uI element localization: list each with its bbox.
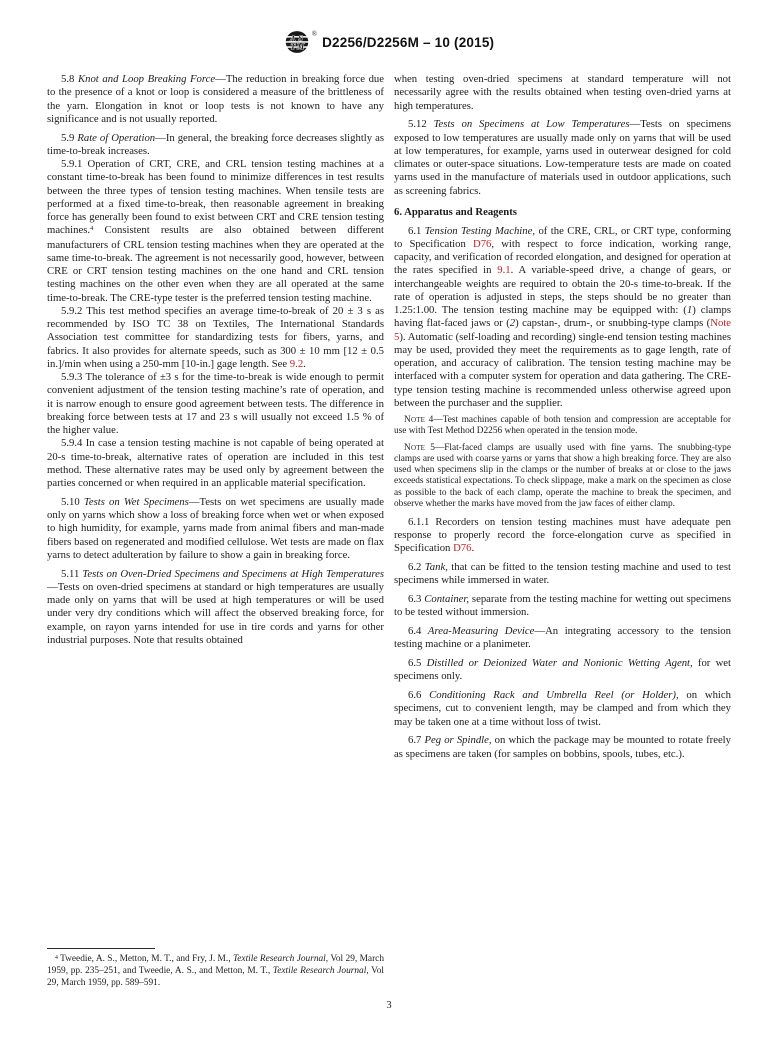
footnote-block: 4 Tweedie, A. S., Metton, M. T., and Fry…	[47, 942, 384, 989]
text-run: Tests on Wet Specimens	[84, 496, 189, 508]
text-run: ). Automatic (self-loading and recording…	[394, 331, 731, 409]
text-run: Conditioning Rack and Umbrella Reel (or …	[429, 689, 679, 701]
left-column: 5.8 Knot and Loop Breaking Force—The red…	[47, 73, 384, 989]
text-run: Container,	[424, 593, 469, 605]
text-run: Area-Measuring Device	[428, 625, 534, 637]
text-run: Note	[404, 415, 425, 425]
clause-6-4: 6.4 Area-Measuring Device—An integrating…	[394, 625, 731, 652]
astm-logo-icon: A S T M	[284, 30, 311, 54]
text-run: .	[303, 358, 306, 370]
clause-5-9-1: 5.9.1 Operation of CRT, CRE, and CRL ten…	[47, 158, 384, 305]
page-number: 3	[386, 1000, 391, 1011]
clause-5-10: 5.10 Tests on Wet Specimens—Tests on wet…	[47, 496, 384, 562]
clause-5-11: 5.11 Tests on Oven-Dried Specimens and S…	[47, 568, 384, 648]
text-run: Tension Testing Machine,	[425, 225, 535, 237]
clause-5-11-continuation: when testing oven-dried specimens at sta…	[394, 73, 731, 113]
text-run: 5.9.3 The tolerance of ±3 s for the time…	[47, 371, 384, 436]
text-run: Tests on Specimens at Low Temperatures	[434, 118, 630, 130]
text-run: 5.10	[61, 496, 84, 508]
right-column-text: when testing oven-dried specimens at sta…	[394, 73, 731, 761]
text-run: 5.12	[408, 118, 434, 130]
text-run: Tank,	[425, 561, 448, 573]
page-header: A S T M ® D2256/D2256M – 10 (2015)	[0, 30, 778, 54]
text-run: 6. Apparatus and Reagents	[394, 206, 517, 218]
two-column-body: 5.8 Knot and Loop Breaking Force—The red…	[47, 73, 731, 989]
clause-6-3: 6.3 Container, separate from the testing…	[394, 593, 731, 620]
text-run: Textile Research Journal	[273, 966, 366, 976]
text-run: Rate of Operation	[77, 132, 155, 144]
text-run: Peg or Spindle,	[424, 734, 491, 746]
registered-mark: ®	[312, 30, 317, 38]
text-run: ) capstan-, drum-, or snubbing-type clam…	[515, 317, 710, 329]
clause-6-1-1: 6.1.1 Recorders on tension testing machi…	[394, 516, 731, 556]
right-column: when testing oven-dried specimens at sta…	[394, 73, 731, 989]
text-run: 6.7	[408, 734, 424, 746]
text-run: 6.5	[408, 657, 427, 669]
text-run: .	[471, 542, 474, 554]
text-run: 5.9.2 This test method specifies an aver…	[47, 305, 384, 370]
clause-6-5: 6.5 Distilled or Deionized Water and Non…	[394, 657, 731, 684]
text-run: Textile Research Journal	[233, 954, 326, 964]
text-run: 6.1.1 Recorders on tension testing machi…	[394, 516, 731, 555]
clause-6-2: 6.2 Tank, that can be fitted to the tens…	[394, 561, 731, 588]
text-run: 5.8	[61, 73, 78, 85]
footnote-separator	[47, 948, 155, 949]
clause-5-9-3: 5.9.3 The tolerance of ±3 s for the time…	[47, 371, 384, 437]
text-run: 4	[55, 955, 58, 961]
svg-text:M: M	[296, 42, 305, 51]
clause-6-7: 6.7 Peg or Spindle, on which the package…	[394, 734, 731, 761]
text-run: 6.4	[408, 625, 428, 637]
text-run: 5.9.4 In case a tension testing machine …	[47, 437, 384, 489]
standard-designation: D2256/D2256M – 10 (2015)	[322, 35, 494, 50]
clause-6-1: 6.1 Tension Testing Machine, of the CRE,…	[394, 225, 731, 411]
text-run: 5.11	[61, 568, 82, 580]
footnote-text: 4 Tweedie, A. S., Metton, M. T., and Fry…	[47, 954, 384, 989]
text-run: Distilled or Deionized Water and Nonioni…	[427, 657, 693, 669]
reference-link[interactable]: 9.1	[497, 264, 510, 276]
text-run: 4—Test machines capable of both tension …	[394, 415, 731, 436]
text-run: Note	[404, 443, 425, 453]
clause-5-12: 5.12 Tests on Specimens at Low Temperatu…	[394, 118, 731, 198]
clause-5-9-2: 5.9.2 This test method specifies an aver…	[47, 305, 384, 371]
text-run: Tweedie, A. S., Metton, M. T., and Fry, …	[58, 954, 233, 964]
clause-5-8: 5.8 Knot and Loop Breaking Force—The red…	[47, 73, 384, 126]
text-run: Knot and Loop Breaking Force	[78, 73, 215, 85]
text-run: Consistent results are also obtained bet…	[47, 224, 384, 303]
heading-6: 6. Apparatus and Reagents	[394, 206, 731, 219]
document-page: A S T M ® D2256/D2256M – 10 (2015) 5.8 K…	[0, 0, 778, 1041]
note-4: Note 4—Test machines capable of both ten…	[394, 415, 731, 438]
text-run: —Tests on oven-dried specimens at standa…	[47, 581, 384, 646]
text-run: 4	[90, 225, 93, 232]
clause-6-6: 6.6 Conditioning Rack and Umbrella Reel …	[394, 689, 731, 729]
left-column-text: 5.8 Knot and Loop Breaking Force—The red…	[47, 73, 384, 647]
text-run: 5—Flat-faced clamps are usually used wit…	[394, 443, 731, 509]
text-run: 5.9	[61, 132, 77, 144]
text-run: 6.1	[408, 225, 425, 237]
text-run: 6.3	[408, 593, 424, 605]
clause-5-9-4: 5.9.4 In case a tension testing machine …	[47, 437, 384, 490]
note-5: Note 5—Flat-faced clamps are usually use…	[394, 443, 731, 511]
reference-link[interactable]: D76	[473, 238, 491, 250]
clause-5-9: 5.9 Rate of Operation—In general, the br…	[47, 132, 384, 159]
reference-link[interactable]: 9.2	[290, 358, 303, 370]
text-run: Tests on Oven-Dried Specimens and Specim…	[82, 568, 384, 580]
text-run: 6.6	[408, 689, 429, 701]
page-footer: 3	[0, 1000, 778, 1011]
text-run: when testing oven-dried specimens at sta…	[394, 73, 731, 112]
reference-link[interactable]: D76	[453, 542, 471, 554]
text-run: 6.2	[408, 561, 425, 573]
